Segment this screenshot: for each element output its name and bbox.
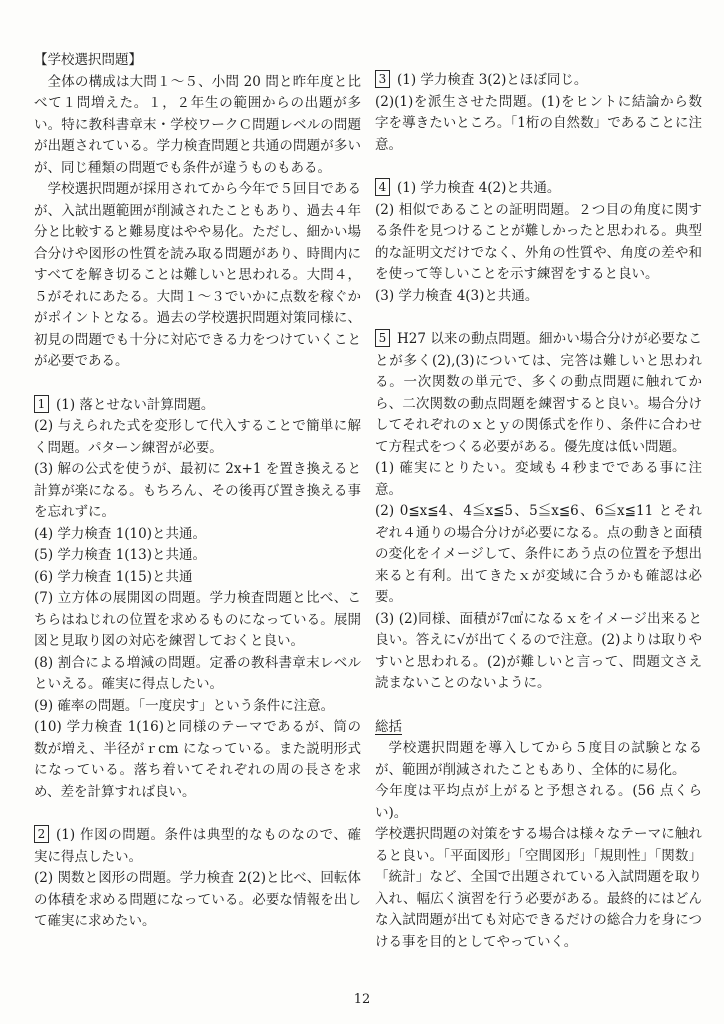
section-1-item-5: (5) 学力検査 1(13)と共通。 [34,545,361,567]
intro-paragraph-2: 学校選択問題が採用されてから今年で５回目であるが、入試出題範囲が削減されたことも… [34,179,361,373]
section-3-first-text: (1) 学力検査 3(2)とほぼ同じ。 [397,72,587,88]
right-column: 3(1) 学力検査 3(2)とほぼ同じ。 (2)(1)を派生させた問題。(1)を… [375,50,702,953]
document-page: 【学校選択問題】 全体の構成は大問１～５、小問 20 問と昨年度と比べて１問増え… [0,0,724,1024]
section-1-item-3: (3) 解の公式を使うが、最初に 2x+1 を置き換えると計算が楽になる。もちろ… [34,459,361,524]
page-title: 【学校選択問題】 [34,50,361,72]
section-4-first-text: (1) 学力検査 4(2)と共通。 [397,180,560,196]
section-4: 4(1) 学力検査 4(2)と共通。 (2) 相似であることの証明問題。２つ目の… [375,178,702,307]
summary-heading-row: 総括 [375,717,702,739]
section-5-item-2: (2) 0≦x≦4、4≦x≦5、5≦x≦6、6≦x≦11 とそれぞれ４通りの場合… [375,501,702,609]
section-1-first-text: (1) 落とせない計算問題。 [56,397,214,413]
section-1-lead: 1(1) 落とせない計算問題。 [34,395,361,417]
summary-heading: 総括 [375,719,402,735]
section-3-number-box: 3 [375,70,390,88]
summary-paragraph-1: 学校選択問題を導入してから５度目の試験となるが、範囲が削減されたこともあり、全体… [375,738,702,781]
section-5-number-box: 5 [375,329,390,347]
section-2-first-text: (1) 作図の問題。条件は典型的なものなので、確実に得点したい。 [34,827,361,865]
section-2: 2(1) 作図の問題。条件は典型的なものなので、確実に得点したい。 (2) 関数… [34,825,361,933]
section-3-lead: 3(1) 学力検査 3(2)とほぼ同じ。 [375,70,702,92]
section-1: 1(1) 落とせない計算問題。 (2) 与えられた式を変形して代入することで簡単… [34,395,361,804]
section-5: 5H27 以来の動点問題。細かい場合分けが必要なことが多く(2),(3)について… [375,329,702,695]
section-1-item-9: (9) 確率の問題。「一度戻す」という条件に注意。 [34,696,361,718]
page-number: 12 [0,989,724,1011]
section-1-item-6: (6) 学力検査 1(15)と共通 [34,567,361,589]
section-3-item-2: (2)(1)を派生させた問題。(1)をヒントに結論から数字を導きたいところ。「1… [375,92,702,157]
section-4-item-2: (2) 相似であることの証明問題。２つ目の角度に関する条件を見つけることが難しか… [375,200,702,286]
section-4-item-3: (3) 学力検査 4(3)と共通。 [375,286,702,308]
section-4-number-box: 4 [375,178,390,196]
section-2-item-2: (2) 関数と図形の問題。学力検査 2(2)と比べ、回転体の体積を求める問題にな… [34,868,361,933]
section-4-lead: 4(1) 学力検査 4(2)と共通。 [375,178,702,200]
section-5-first-text: H27 以来の動点問題。細かい場合分けが必要なことが多く(2),(3)については… [375,331,702,455]
summary-section: 総括 学校選択問題を導入してから５度目の試験となるが、範囲が削減されたこともあり… [375,717,702,954]
two-column-layout: 【学校選択問題】 全体の構成は大問１～５、小問 20 問と昨年度と比べて１問増え… [34,50,702,953]
section-5-item-3: (3) (2)同様、面積が7㎠になるｘをイメージ出来ると良い。答えに√が出てくる… [375,609,702,695]
intro-paragraph-1: 全体の構成は大問１～５、小問 20 問と昨年度と比べて１問増えた。１，２年生の範… [34,72,361,180]
section-1-item-4: (4) 学力検査 1(10)と共通。 [34,524,361,546]
section-3: 3(1) 学力検査 3(2)とほぼ同じ。 (2)(1)を派生させた問題。(1)を… [375,70,702,156]
section-1-item-7: (7) 立方体の展開図の問題。学力検査問題と比べ、こちらはねじれの位置を求めるも… [34,588,361,653]
summary-paragraph-3: 学校選択問題の対策をする場合は様々なテーマに触れると良い。「平面図形」「空間図形… [375,824,702,953]
left-column: 【学校選択問題】 全体の構成は大問１～５、小問 20 問と昨年度と比べて１問増え… [34,50,361,953]
section-1-item-2: (2) 与えられた式を変形して代入することで簡単に解く問題。パターン練習が必要。 [34,416,361,459]
section-1-number-box: 1 [34,395,49,413]
section-2-lead: 2(1) 作図の問題。条件は典型的なものなので、確実に得点したい。 [34,825,361,868]
section-5-lead: 5H27 以来の動点問題。細かい場合分けが必要なことが多く(2),(3)について… [375,329,702,458]
section-1-item-8: (8) 割合による増減の問題。定番の教科書章末レベルといえる。確実に得点したい。 [34,653,361,696]
summary-paragraph-2: 今年度は平均点が上がると予想される。(56 点くらい)。 [375,781,702,824]
section-5-item-1: (1) 確実にとりたい。変域も４秒までである事に注意。 [375,458,702,501]
section-1-item-10: (10) 学力検査 1(16)と同様のテーマであるが、筒の数が増え、半径がｒcm… [34,717,361,803]
section-2-number-box: 2 [34,825,49,843]
